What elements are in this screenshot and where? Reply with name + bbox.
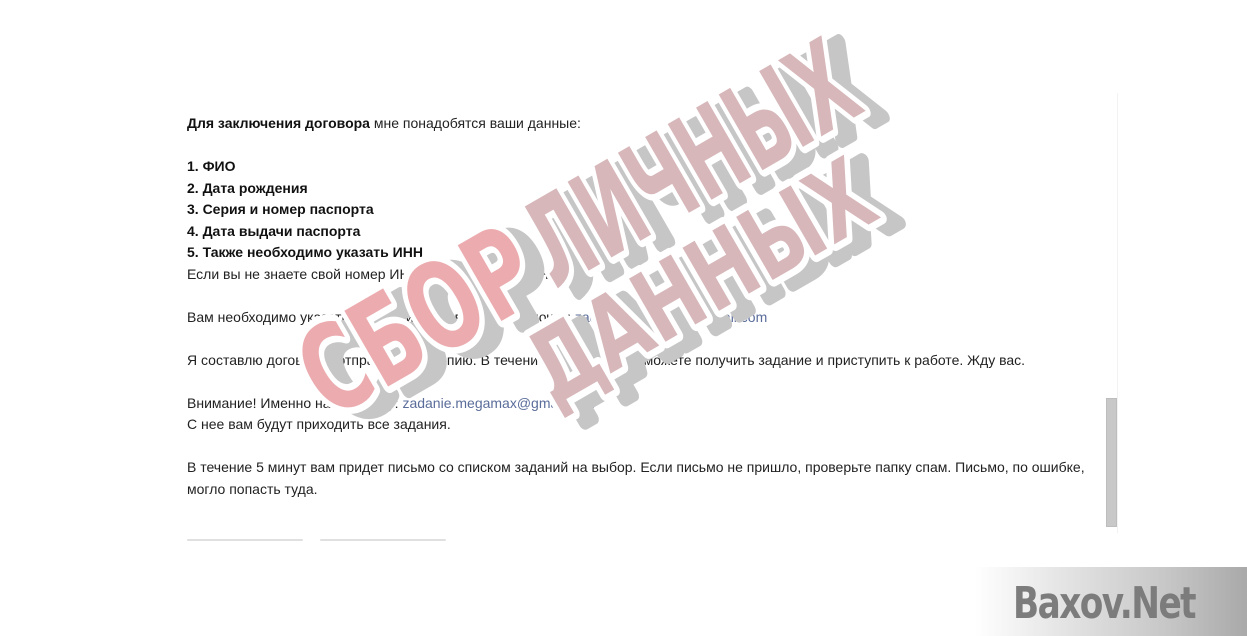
watermark-logo: Baxov.Net bbox=[1013, 578, 1195, 629]
intro-line: Для заключения договора мне понадобятся … bbox=[187, 113, 1087, 135]
email-body: Для заключения договора мне понадобятся … bbox=[187, 113, 1087, 500]
required-item-passport-number: 3. Серия и номер паспорта bbox=[187, 199, 1087, 221]
scrollbar-track[interactable] bbox=[1117, 93, 1118, 533]
required-item-fio: 1. ФИО bbox=[187, 156, 1087, 178]
attention-line: Внимание! Именно на эту почту: zadanie.m… bbox=[187, 393, 1087, 415]
reply-button[interactable] bbox=[187, 539, 303, 541]
forward-button[interactable] bbox=[320, 539, 446, 541]
send-instruction-line: Вам необходимо указать данные и отправит… bbox=[187, 307, 1087, 329]
required-item-birthdate: 2. Дата рождения bbox=[187, 178, 1087, 200]
send-instruction: Вам необходимо указать данные и отправит… bbox=[187, 309, 575, 325]
contract-note: Я составлю договор, и отправлю вам копию… bbox=[187, 350, 1087, 372]
tasks-note: С нее вам будут приходить все задания. bbox=[187, 414, 1087, 436]
required-item-passport-date: 4. Дата выдачи паспорта bbox=[187, 221, 1087, 243]
snils-note: Если вы не знаете свой номер ИНН, укажит… bbox=[187, 264, 1087, 286]
attention-prefix: Внимание! Именно на эту почту: bbox=[187, 395, 402, 411]
email-link[interactable]: zadanie.megamax@gmail.com bbox=[575, 309, 767, 325]
intro-bold: Для заключения договора bbox=[187, 115, 370, 131]
required-item-inn: 5. Также необходимо указать ИНН bbox=[187, 242, 1087, 264]
scrollbar-thumb[interactable] bbox=[1106, 398, 1117, 527]
attention-email-link[interactable]: zadanie.megamax@gmail.com bbox=[402, 395, 594, 411]
spam-note: В течение 5 минут вам придет письмо со с… bbox=[187, 457, 1087, 500]
intro-rest: мне понадобятся ваши данные: bbox=[370, 115, 581, 131]
